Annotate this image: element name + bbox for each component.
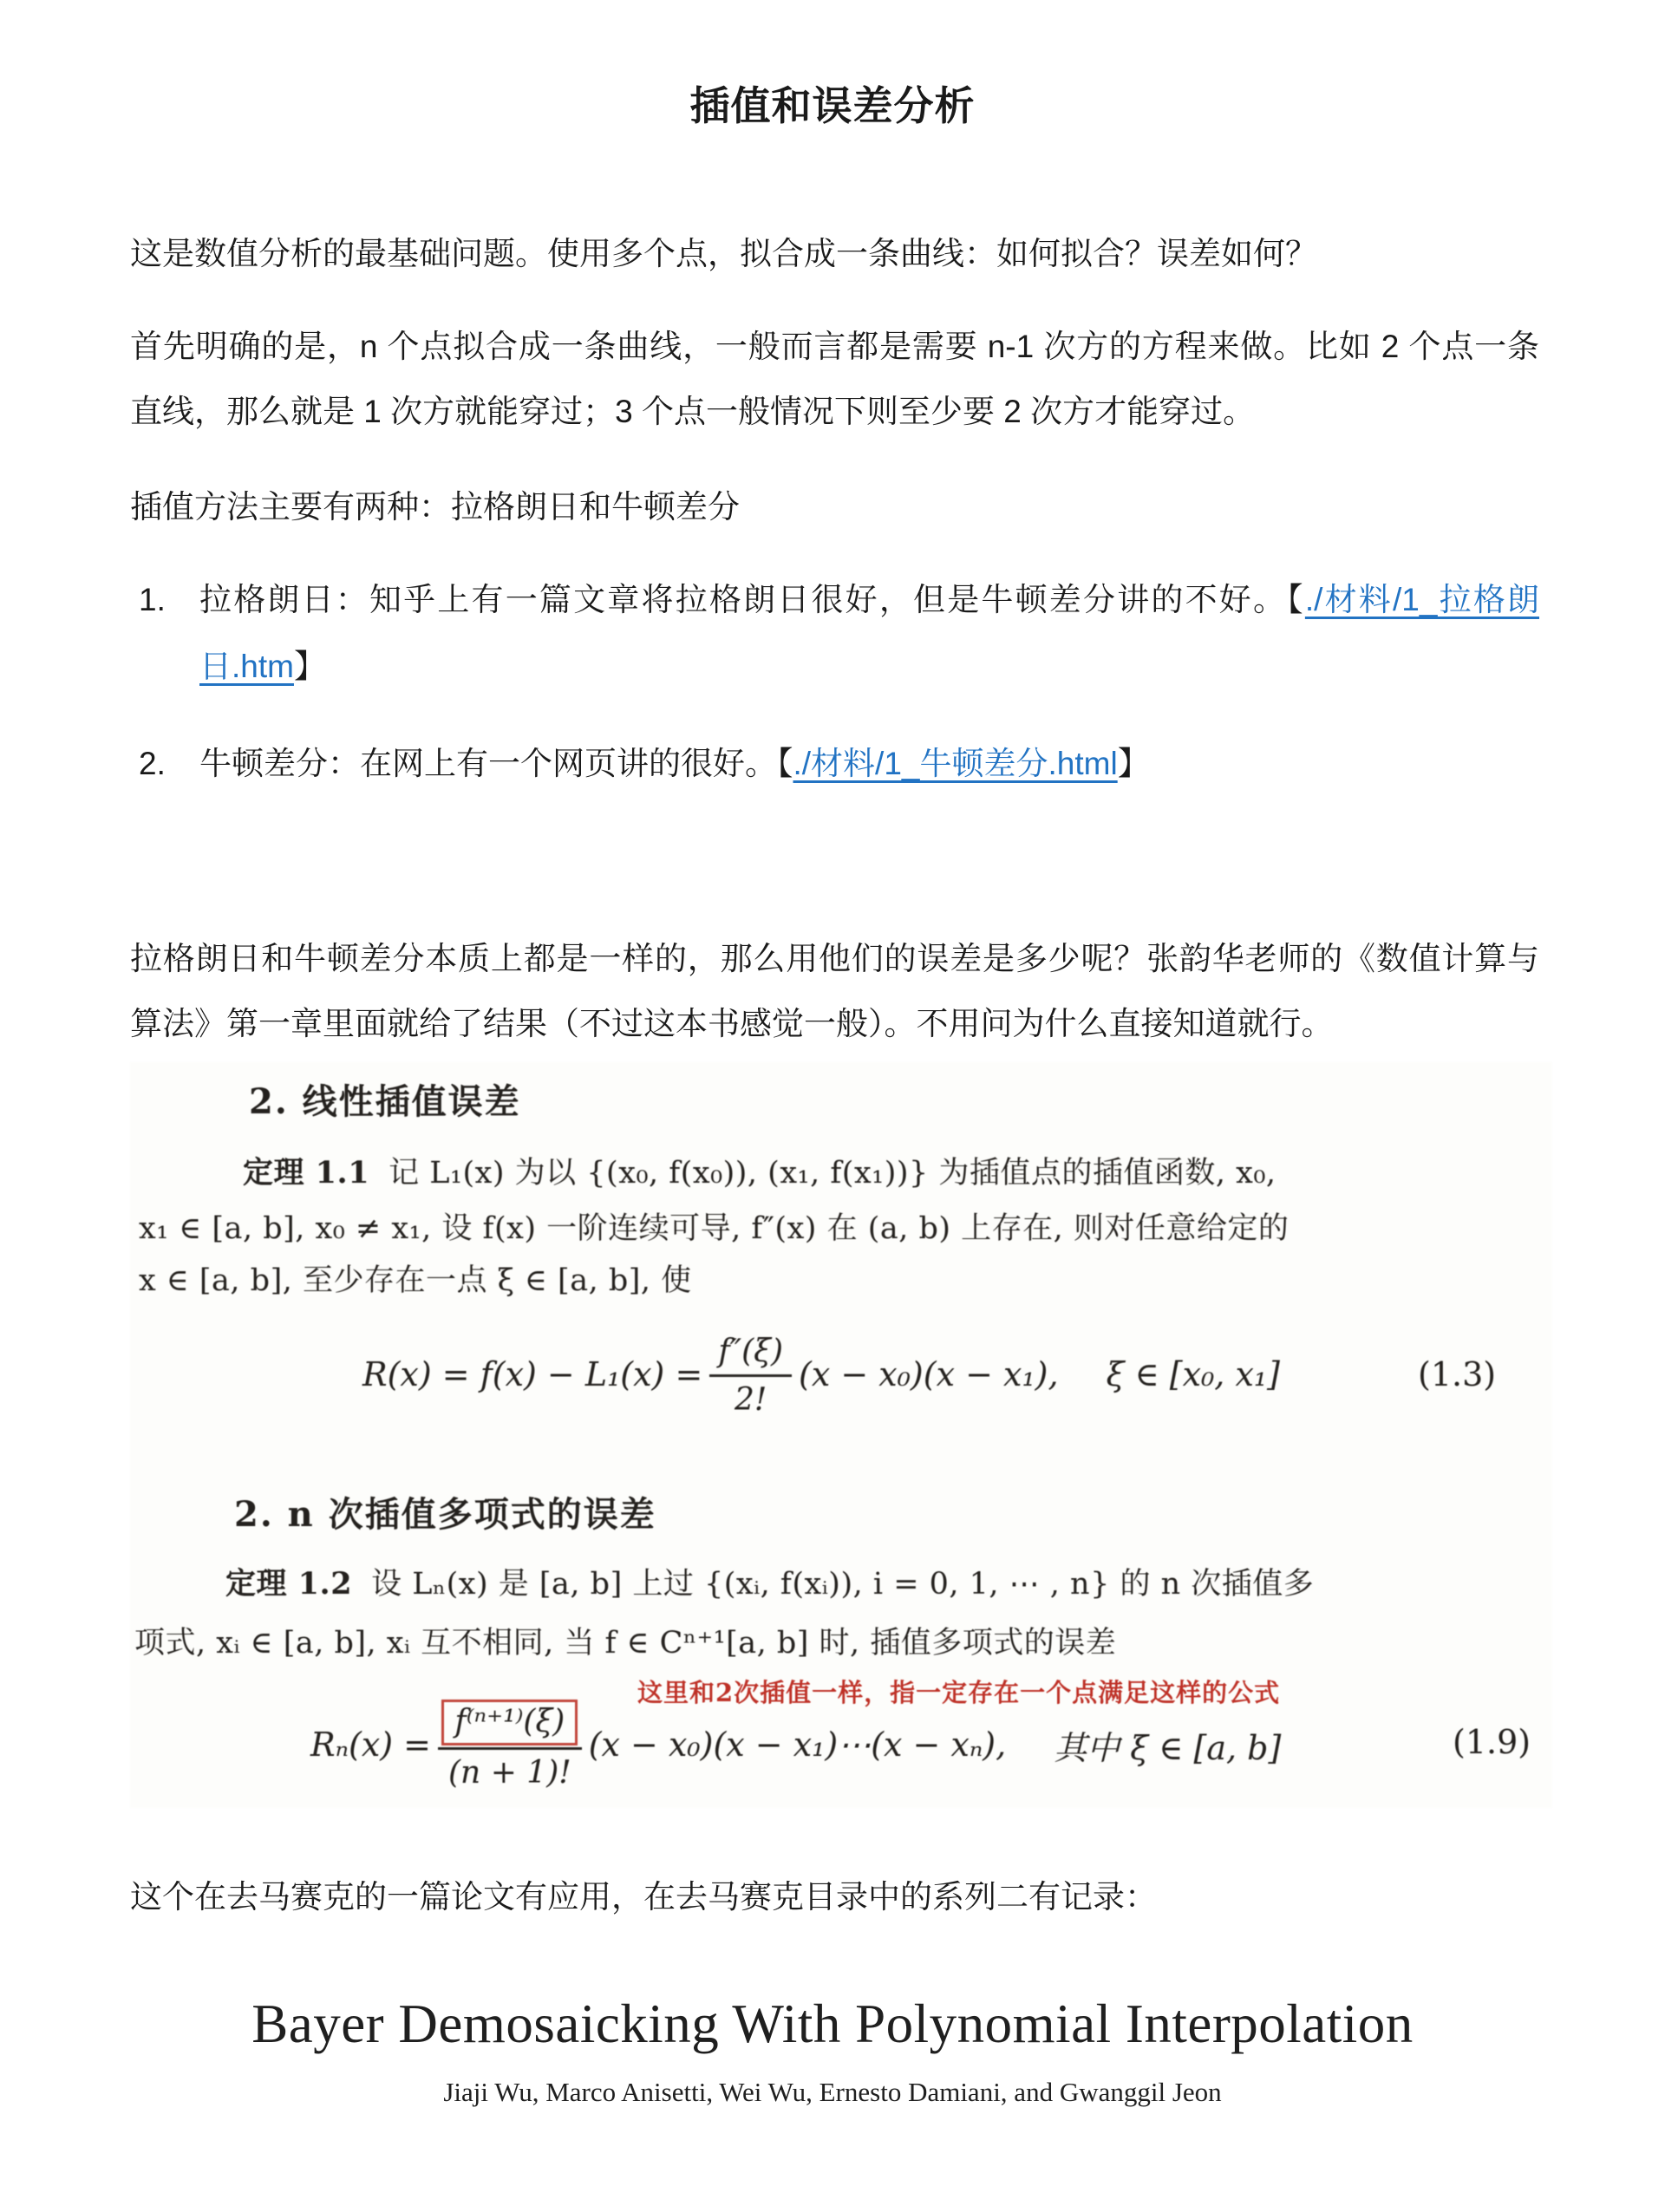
list-item-2-text: 牛顿差分：在网上有一个网页讲的很好。【: [199, 746, 793, 781]
eq13-denominator: 2!: [709, 1374, 792, 1418]
document-title: 插值和误差分析: [0, 75, 1665, 132]
theorem-1-1-line1: 定理 1.1记 L₁(x) 为以 {(x₀, f(x₀)), (x₁, f(x₁…: [243, 1149, 1276, 1192]
eq19-rhs: (x − x₀)(x − x₁)⋯(x − xₙ),: [589, 1726, 1006, 1764]
scan-section2-heading: 2. n 次插值多项式的误差: [234, 1487, 656, 1537]
eq13-numerator: f″(ξ): [709, 1332, 792, 1374]
paragraph-error-question: 拉格朗日和牛顿差分本质上都是一样的，那么用他们的误差是多少呢？张韵华老师的《数值…: [130, 926, 1539, 1056]
paragraph-intro: 这是数值分析的最基础问题。使用多个点，拟合成一条曲线：如何拟合？误差如何？: [130, 221, 1539, 286]
equation-1-9: Rₙ(x) = f⁽ⁿ⁺¹⁾(ξ) (n + 1)! (x − x₀)(x − …: [310, 1688, 1281, 1801]
paper-header-image: Bayer Demosaicking With Polynomial Inter…: [0, 1993, 1665, 2108]
link-newton-material[interactable]: ./材料/1_牛顿差分.html: [793, 746, 1118, 781]
paragraph-premise: 首先明确的是，n 个点拟合成一条曲线，一般而言都是需要 n-1 次方的方程来做。…: [130, 314, 1539, 444]
list-number-2: 2.: [139, 730, 166, 797]
eq13-lhs: R(x) = f(x) − L₁(x) =: [362, 1355, 702, 1393]
theorem-1-2-line1: 定理 1.2设 Lₙ(x) 是 [a, b] 上过 {(xᵢ, f(xᵢ)), …: [225, 1560, 1314, 1603]
eq19-denominator: (n + 1)!: [438, 1747, 582, 1791]
paragraph-demosaic-note: 这个在去马赛克的一篇论文有应用，在去马赛克目录中的系列二有记录：: [130, 1864, 1539, 1929]
theorem-1-2-label: 定理 1.2: [225, 1566, 352, 1602]
eq19-fraction: f⁽ⁿ⁺¹⁾(ξ) (n + 1)!: [438, 1700, 582, 1791]
theorem-1-1-label: 定理 1.1: [243, 1155, 369, 1191]
scan-section1-heading: 2. 线性插值误差: [249, 1074, 521, 1124]
document-page: 插值和误差分析 这是数值分析的最基础问题。使用多个点，拟合成一条曲线：如何拟合？…: [0, 0, 1665, 2212]
eq19-condition: 其中 ξ ∈ [a, b]: [1054, 1721, 1281, 1769]
list-item-1-text: 拉格朗日：知乎上有一篇文章将拉格朗日很好，但是牛顿差分讲的不好。【: [199, 582, 1305, 617]
textbook-scan-image: 2. 线性插值误差 定理 1.1记 L₁(x) 为以 {(x₀, f(x₀)),…: [130, 1062, 1552, 1808]
list-item-newton: 2. 牛顿差分：在网上有一个网页讲的很好。【./材料/1_牛顿差分.html】: [130, 730, 1539, 797]
paragraph-methods: 插值方法主要有两种：拉格朗日和牛顿差分: [130, 474, 1539, 539]
equation-1-9-number: (1.9): [1453, 1723, 1531, 1761]
equation-1-3-number: (1.3): [1418, 1355, 1496, 1393]
equation-1-3: R(x) = f(x) − L₁(x) = f″(ξ) 2! (x − x₀)(…: [362, 1322, 1280, 1426]
eq19-lhs: Rₙ(x) =: [310, 1726, 431, 1764]
list-item-2-text-end: 】: [1118, 746, 1150, 781]
list-item-1-text-end: 】: [294, 649, 326, 684]
paper-title: Bayer Demosaicking With Polynomial Inter…: [0, 1993, 1665, 2056]
eq19-numerator-redbox: f⁽ⁿ⁺¹⁾(ξ): [441, 1700, 578, 1745]
theorem-1-2-line2: 项式, xᵢ ∈ [a, b], xᵢ 互不相同, 当 f ∈ Cⁿ⁺¹[a, …: [134, 1619, 1116, 1662]
eq13-rhs: (x − x₀)(x − x₁),: [799, 1355, 1059, 1393]
eq13-fraction: f″(ξ) 2!: [709, 1332, 792, 1418]
theorem-1-1-line3: x ∈ [a, b], 至少存在一点 ξ ∈ [a, b], 使: [139, 1256, 692, 1300]
list-item-lagrange: 1. 拉格朗日：知乎上有一篇文章将拉格朗日很好，但是牛顿差分讲的不好。【./材料…: [130, 566, 1539, 700]
theorem-1-1-line2: x₁ ∈ [a, b], x₀ ≠ x₁, 设 f(x) 一阶连续可导, f″(…: [139, 1204, 1289, 1248]
eq13-condition: ξ ∈ [x₀, x₁]: [1107, 1355, 1280, 1393]
list-number-1: 1.: [139, 566, 166, 633]
paper-authors: Jiaji Wu, Marco Anisetti, Wei Wu, Ernest…: [0, 2077, 1665, 2108]
